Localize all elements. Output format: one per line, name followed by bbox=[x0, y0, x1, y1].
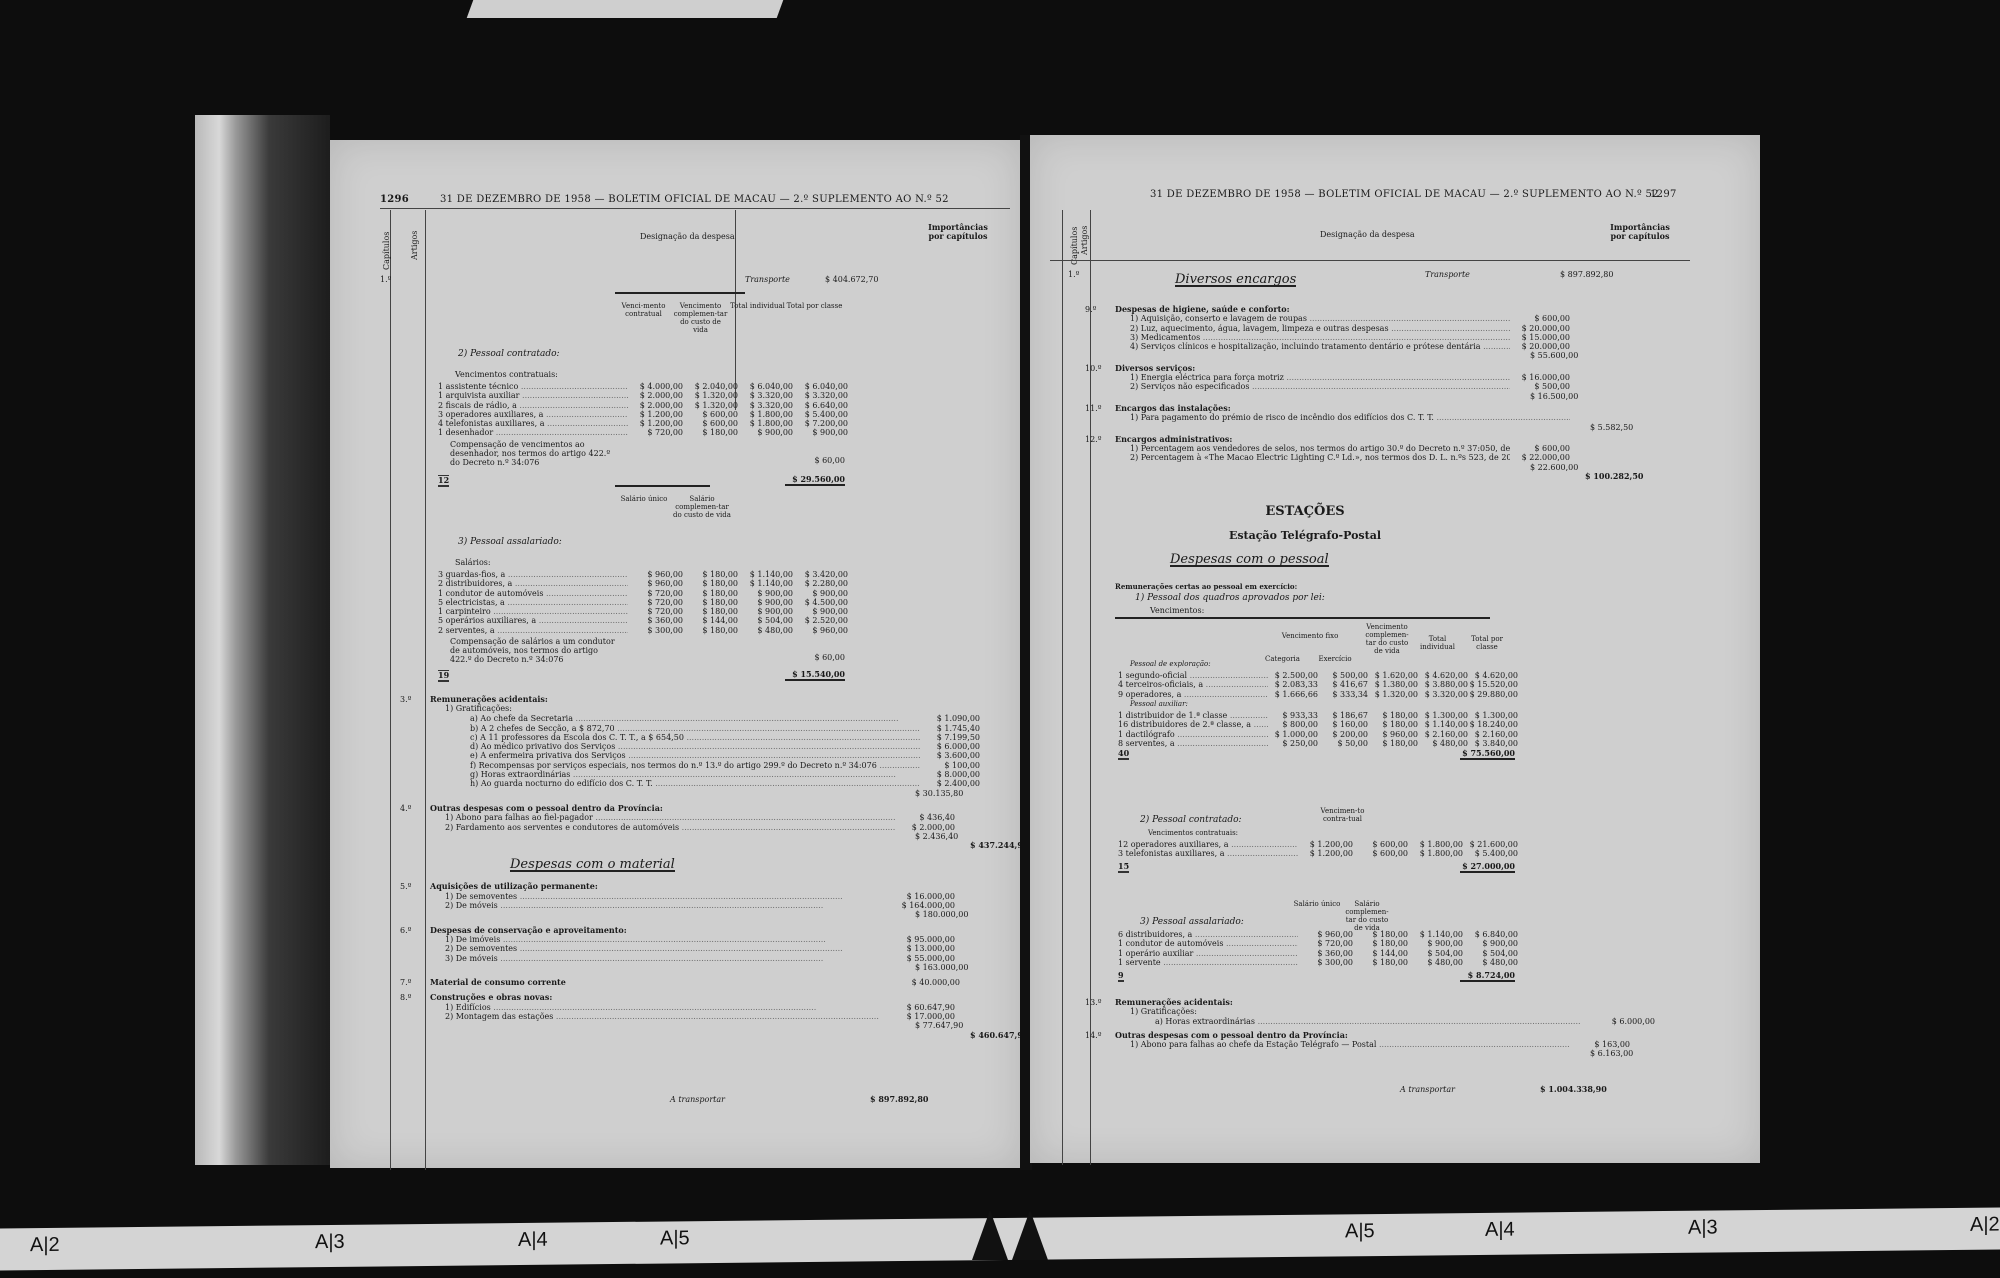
article-heading: 6.ºDespesas de conservação e aproveitame… bbox=[400, 926, 1000, 935]
item-value: $ 55.000,00 bbox=[895, 954, 955, 963]
col-importancias: Importâncias por capítulos bbox=[928, 223, 988, 241]
row-value: $ 1.800,00 bbox=[1408, 840, 1463, 849]
row-value: $ 900,00 bbox=[738, 598, 793, 607]
frame-mark: A|2 bbox=[30, 1234, 60, 1257]
left-page: 1296 31 DE DEZEMBRO DE 1958 — BOLETIM OF… bbox=[330, 140, 1020, 1168]
article-total: $ 16.500,00 bbox=[1530, 392, 1578, 401]
article-title: Outras despesas com o pessoal dentro da … bbox=[430, 804, 663, 813]
line-item: f) Recompensas por serviços especiais, n… bbox=[400, 761, 980, 770]
row-value: $ 900,00 bbox=[738, 607, 793, 616]
contratado-table: 12 operadores auxiliares, a$ 1.200,00$ 6… bbox=[1118, 840, 1518, 859]
row-label: 4 terceiros-oficiais, a bbox=[1118, 680, 1268, 689]
row-value: $ 1.300,00 bbox=[1418, 711, 1468, 720]
item-label: 2) Montagem das estações bbox=[445, 1012, 895, 1021]
capitulo-number: 1.º bbox=[380, 275, 391, 284]
exploracao-table: 1 segundo-oficial$ 2.500,00$ 500,00$ 1.6… bbox=[1118, 671, 1518, 699]
line-item: d) Ao médico privativo dos Serviços$ 6.0… bbox=[400, 742, 980, 751]
line-item: 2) Montagem das estações$ 17.000,00 bbox=[400, 1012, 955, 1021]
article-title: Diversos serviços: bbox=[1115, 364, 1195, 373]
table-row: 3 telefonistas auxiliares, a$ 1.200,00$ … bbox=[1118, 849, 1518, 858]
article: 4.ºOutras despesas com o pessoal dentro … bbox=[400, 804, 1000, 850]
row-value: $ 900,00 bbox=[1408, 939, 1463, 948]
row-value: $ 1.140,00 bbox=[738, 579, 793, 588]
line-item: 1) Energia eléctrica para força motriz$ … bbox=[1085, 373, 1570, 382]
table-row: 3 guardas-fios, a$ 960,00$ 180,00$ 1.140… bbox=[438, 570, 848, 579]
article: 10.ºDiversos serviços:1) Energia eléctri… bbox=[1085, 364, 1645, 401]
item-label: 3) De móveis bbox=[445, 954, 895, 963]
row-label: 1 carpinteiro bbox=[438, 607, 628, 616]
row-value: $ 29.880,00 bbox=[1468, 690, 1518, 699]
article-total-row: $ 6.163,00 bbox=[1085, 1049, 1685, 1058]
article-total-row: $ 180.000,00 bbox=[400, 910, 1000, 919]
assalariado-table: 3 guardas-fios, a$ 960,00$ 180,00$ 1.140… bbox=[438, 570, 848, 635]
table-row: 1 segundo-oficial$ 2.500,00$ 500,00$ 1.6… bbox=[1118, 671, 1518, 680]
article-heading: 13.ºRemunerações acidentais: bbox=[1085, 998, 1685, 1007]
article-total-row: $ 22.600,00 bbox=[1085, 463, 1645, 472]
row-label: 1 condutor de automóveis bbox=[1118, 939, 1298, 948]
item-value: $ 2.400,00 bbox=[920, 779, 980, 788]
article-number: 6.º bbox=[400, 926, 430, 935]
splice-marker bbox=[1012, 1210, 1048, 1260]
row-value: $ 2.160,00 bbox=[1468, 730, 1518, 739]
row-value: $ 504,00 bbox=[1463, 949, 1518, 958]
row-value: $ 1.300,00 bbox=[1468, 711, 1518, 720]
row-value: $ 1.140,00 bbox=[1408, 930, 1463, 939]
row-value: $ 1.320,00 bbox=[683, 401, 738, 410]
item-label: a) Horas extraordinárias bbox=[1155, 1017, 1595, 1026]
article-total: $ 77.647,90 bbox=[915, 1021, 963, 1030]
row-value: $ 180,00 bbox=[1353, 939, 1408, 948]
frame-mark: A|5 bbox=[660, 1227, 690, 1250]
row-value: $ 416,67 bbox=[1318, 680, 1368, 689]
item-label: 1) Percentagem aos vendedores de selos, … bbox=[1130, 444, 1510, 453]
col-capitulos: Capítulos bbox=[382, 232, 391, 270]
article-number: 9.º bbox=[1085, 305, 1115, 314]
row-value: $ 360,00 bbox=[1298, 949, 1353, 958]
article-total: $ 30.135,80 bbox=[915, 789, 963, 798]
line-item: a) Horas extraordinárias$ 6.000,00 bbox=[1085, 1017, 1655, 1026]
frame-mark: A|4 bbox=[1485, 1219, 1515, 1242]
table-row: 5 operários auxiliares, a$ 360,00$ 144,0… bbox=[438, 616, 848, 625]
row-value: $ 933,33 bbox=[1268, 711, 1318, 720]
table-row: 9 operadores, a$ 1.666,66$ 333,34$ 1.320… bbox=[1118, 690, 1518, 699]
row-value: $ 800,00 bbox=[1268, 720, 1318, 729]
article: 8.ºConstruções e obras novas:1) Edifício… bbox=[400, 993, 1000, 1039]
row-label: 9 operadores, a bbox=[1118, 690, 1268, 699]
line-item: h) Ao guarda nocturno do edifício dos C.… bbox=[400, 779, 980, 788]
item-value: $ 60.647,90 bbox=[895, 1003, 955, 1012]
col-vencimento-fixo: Vencimento fixo bbox=[1260, 632, 1360, 640]
article-total: $ 55.600,00 bbox=[1530, 351, 1578, 360]
row-value: $ 504,00 bbox=[1408, 949, 1463, 958]
row-value: $ 18.240,00 bbox=[1468, 720, 1518, 729]
row-value: $ 720,00 bbox=[628, 589, 683, 598]
line-item: 2) De semoventes$ 13.000,00 bbox=[400, 944, 955, 953]
table-row: 8 serventes, a$ 250,00$ 50,00$ 180,00$ 4… bbox=[1118, 739, 1518, 748]
line-item: c) A 11 professores da Escola dos C. T. … bbox=[400, 733, 980, 742]
column-header: Salário complemen-tar do custo de vida bbox=[673, 495, 731, 519]
line-item: 2) Fardamento aos serventes e condutores… bbox=[400, 823, 955, 832]
item-value bbox=[1570, 413, 1630, 422]
item-value: $ 163,00 bbox=[1570, 1040, 1630, 1049]
contratado-subtitle: Vencimentos contratuais: bbox=[1148, 829, 1238, 837]
row-value: $ 160,00 bbox=[1318, 720, 1368, 729]
line-item: 1) Edifícios$ 60.647,90 bbox=[400, 1003, 955, 1012]
row-value: $ 1.666,66 bbox=[1268, 690, 1318, 699]
item-value: $ 13.000,00 bbox=[895, 944, 955, 953]
compensacao-value: $ 60,00 bbox=[790, 456, 845, 465]
row-value: $ 480,00 bbox=[1463, 958, 1518, 967]
row-value: $ 5.400,00 bbox=[1463, 849, 1518, 858]
row-value: $ 900,00 bbox=[738, 428, 793, 437]
row-value: $ 960,00 bbox=[1298, 930, 1353, 939]
item-value: $ 16.000,00 bbox=[1510, 373, 1570, 382]
col-importancias: Importâncias por capítulos bbox=[1610, 223, 1670, 241]
row-value: $ 144,00 bbox=[1353, 949, 1408, 958]
row-value: $ 180,00 bbox=[683, 607, 738, 616]
row-value: $ 1.620,00 bbox=[1368, 671, 1418, 680]
article-title: Despesas de higiene, saúde e conforto: bbox=[1115, 305, 1290, 314]
row-value: $ 600,00 bbox=[683, 410, 738, 419]
article-total: $ 22.600,00 bbox=[1530, 463, 1578, 472]
row-value: $ 1.200,00 bbox=[1298, 849, 1353, 858]
article-number: 10.º bbox=[1085, 364, 1115, 373]
assalariado-comp-value: $ 60,00 bbox=[790, 653, 845, 662]
article-title: Material de consumo corrente bbox=[430, 978, 566, 987]
column-header: Salário complemen-tar do custo de vida bbox=[1342, 900, 1392, 932]
frame-mark: A|5 bbox=[1345, 1220, 1375, 1243]
assalariado-count: 19 bbox=[438, 670, 449, 682]
item-label: 3) Medicamentos bbox=[1130, 333, 1510, 342]
article-total-row: $ 163.000,00 bbox=[400, 963, 1000, 972]
item-label: b) A 2 chefes de Secção, a $ 872,70 bbox=[470, 724, 920, 733]
item-label: 1) De imóveis bbox=[445, 935, 895, 944]
row-value: $ 4.620,00 bbox=[1418, 671, 1468, 680]
row-label: 12 operadores auxiliares, a bbox=[1118, 840, 1298, 849]
article-title: Despesas de conservação e aproveitamento… bbox=[430, 926, 627, 935]
assalariado-title: 3) Pessoal assalariado: bbox=[1140, 918, 1244, 927]
article-total: $ 163.000,00 bbox=[915, 963, 968, 972]
row-value: $ 2.083,33 bbox=[1268, 680, 1318, 689]
table-row: 1 arquivista auxiliar$ 2.000,00$ 1.320,0… bbox=[438, 391, 848, 400]
contratado-total: $ 29.560,00 bbox=[785, 475, 845, 486]
row-value: $ 15.520,00 bbox=[1468, 680, 1518, 689]
row-value: $ 720,00 bbox=[628, 598, 683, 607]
row-value: $ 1.800,00 bbox=[738, 410, 793, 419]
item-value: $ 600,00 bbox=[1510, 444, 1570, 453]
row-value: $ 1.200,00 bbox=[628, 419, 683, 428]
row-value: $ 300,00 bbox=[1298, 958, 1353, 967]
item-value: $ 2.000,00 bbox=[895, 823, 955, 832]
chapter-total-row: $ 100.282,50 bbox=[1085, 472, 1645, 481]
diversos-heading: Diversos encargos bbox=[1175, 275, 1296, 287]
row-value: $ 960,00 bbox=[1368, 730, 1418, 739]
item-value: $ 600,00 bbox=[1510, 314, 1570, 323]
item-label: 2) Fardamento aos serventes e condutores… bbox=[445, 823, 895, 832]
article-total-row: $ 30.135,80 bbox=[400, 789, 1000, 798]
row-value: $ 2.160,00 bbox=[1418, 730, 1468, 739]
assalariado-col-headers: Salário únicoSalário complemen-tar do cu… bbox=[1292, 900, 1392, 932]
frame-mark: A|2 bbox=[1970, 1214, 2000, 1237]
item-value: $ 1.090,00 bbox=[920, 714, 980, 723]
row-value: $ 3.880,00 bbox=[1418, 680, 1468, 689]
auxiliar-label: Pessoal auxiliar: bbox=[1130, 700, 1188, 708]
quadros-title: 1) Pessoal dos quadros aprovados por lei… bbox=[1135, 594, 1325, 603]
article-total-row: $ 5.582,50 bbox=[1085, 423, 1645, 432]
item-label: 1) Energia eléctrica para força motriz bbox=[1130, 373, 1510, 382]
table-row: 1 desenhador$ 720,00$ 180,00$ 900,00$ 90… bbox=[438, 428, 848, 437]
table-row: 2 distribuidores, a$ 960,00$ 180,00$ 1.1… bbox=[438, 579, 848, 588]
article: 12.ºEncargos administrativos:1) Percenta… bbox=[1085, 435, 1645, 481]
article: 9.ºDespesas de higiene, saúde e conforto… bbox=[1085, 305, 1645, 361]
row-value: $ 7.200,00 bbox=[793, 419, 848, 428]
chapter-total-row: $ 460.647,90 bbox=[400, 1031, 1000, 1040]
row-value: $ 3.420,00 bbox=[793, 570, 848, 579]
row-value: $ 1.800,00 bbox=[738, 419, 793, 428]
row-value: $ 1.140,00 bbox=[1418, 720, 1468, 729]
article-heading: 10.ºDiversos serviços: bbox=[1085, 364, 1645, 373]
item-label: 2) De semoventes bbox=[445, 944, 895, 953]
contratado-count: 12 bbox=[438, 475, 449, 487]
article-number: 7.º bbox=[400, 978, 430, 987]
item-label: 1) Para pagamento do prémio de risco de … bbox=[1130, 413, 1570, 422]
table-row: 1 dactilógrafo$ 1.000,00$ 200,00$ 960,00… bbox=[1118, 730, 1518, 739]
column-header: Total individual bbox=[729, 302, 786, 334]
article-total: $ 180.000,00 bbox=[915, 910, 968, 919]
row-label: 1 arquivista auxiliar bbox=[438, 391, 628, 400]
row-value: $ 600,00 bbox=[1353, 840, 1408, 849]
row-label: 3 operadores auxiliares, a bbox=[438, 410, 628, 419]
row-value: $ 180,00 bbox=[1368, 720, 1418, 729]
item-value: $ 1.745,40 bbox=[920, 724, 980, 733]
assalariado-subtitle: Salários: bbox=[455, 558, 491, 567]
item-value: $ 15.000,00 bbox=[1510, 333, 1570, 342]
col-designacao: Designação da despesa bbox=[640, 232, 735, 241]
article-subtitle: 1) Gratificações: bbox=[1085, 1007, 1685, 1017]
row-value: $ 600,00 bbox=[1353, 849, 1408, 858]
row-label: 6 distribuidores, a bbox=[1118, 930, 1298, 939]
table-row: 1 distribuidor de 1.ª classe$ 933,33$ 18… bbox=[1118, 711, 1518, 720]
article-number: 4.º bbox=[400, 804, 430, 813]
article-number: 13.º bbox=[1085, 998, 1115, 1007]
item-value: $ 22.000,00 bbox=[1510, 453, 1570, 462]
a-transportar-label: A transportar bbox=[670, 1095, 725, 1104]
left-articles: 3.ºRemunerações acidentais:1) Gratificaç… bbox=[400, 695, 1000, 1046]
transporte-value: $ 404.672,70 bbox=[825, 275, 878, 284]
row-value: $ 3.320,00 bbox=[738, 401, 793, 410]
chapter-total: $ 100.282,50 bbox=[1585, 472, 1643, 481]
item-label: 1) De semoventes bbox=[445, 892, 895, 901]
contratado-title: 2) Pessoal contratado: bbox=[1140, 816, 1242, 825]
article-heading: 12.ºEncargos administrativos: bbox=[1085, 435, 1645, 444]
column-header: Vencimento complemen-tar do custo de vid… bbox=[672, 302, 729, 334]
article-total: $ 40.000,00 bbox=[890, 978, 960, 987]
row-value: $ 2.000,00 bbox=[628, 391, 683, 400]
contratado-col-headers: Venci-mento contratualVencimento complem… bbox=[615, 302, 845, 334]
row-label: 2 distribuidores, a bbox=[438, 579, 628, 588]
item-label: 1) Abono para falhas ao fiel-pagador bbox=[445, 813, 895, 822]
article-total: $ 6.163,00 bbox=[1590, 1049, 1633, 1058]
column-header: Salário único bbox=[615, 495, 673, 519]
row-value: $ 1.200,00 bbox=[628, 410, 683, 419]
line-item: 2) De móveis$ 164.000,00 bbox=[400, 901, 955, 910]
row-value: $ 900,00 bbox=[793, 428, 848, 437]
row-label: 1 condutor de automóveis bbox=[438, 589, 628, 598]
row-value: $ 180,00 bbox=[683, 579, 738, 588]
row-value: $ 1.320,00 bbox=[1368, 690, 1418, 699]
frame-mark: A|3 bbox=[1688, 1216, 1718, 1239]
line-item: g) Horas extraordinárias$ 8.000,00 bbox=[400, 770, 980, 779]
quadros-total: $ 75.560,00 bbox=[1460, 749, 1515, 760]
contratado-compensacao: Compensação de vencimentos ao desenhador… bbox=[450, 440, 620, 467]
table-row: 1 assistente técnico$ 4.000,00$ 2.040,00… bbox=[438, 382, 848, 391]
row-value: $ 333,34 bbox=[1318, 690, 1368, 699]
row-value: $ 480,00 bbox=[1418, 739, 1468, 748]
item-label: 2) Percentagem à «The Macao Electric Lig… bbox=[1130, 453, 1510, 462]
col-total-individual: Total individual bbox=[1415, 635, 1460, 651]
article-total-row: $ 55.600,00 bbox=[1085, 351, 1645, 360]
article-title: Construções e obras novas: bbox=[430, 993, 552, 1002]
estacao-tp-heading: Estação Telégrafo-Postal bbox=[1180, 531, 1430, 540]
line-item: 1) Aquisição, conserto e lavagem de roup… bbox=[1085, 314, 1570, 323]
row-value: $ 3.320,00 bbox=[1418, 690, 1468, 699]
line-item: 2) Luz, aquecimento, água, lavagem, limp… bbox=[1085, 324, 1570, 333]
transporte-label: Transporte bbox=[745, 275, 790, 284]
item-label: c) A 11 professores da Escola dos C. T. … bbox=[470, 733, 920, 742]
row-value: $ 6.040,00 bbox=[738, 382, 793, 391]
line-item: 2) Percentagem à «The Macao Electric Lig… bbox=[1085, 453, 1570, 462]
a-transportar-value: $ 1.004.338,90 bbox=[1540, 1085, 1607, 1094]
article-number: 14.º bbox=[1085, 1031, 1115, 1040]
row-value: $ 2.000,00 bbox=[628, 401, 683, 410]
vencimentos-label: Vencimentos: bbox=[1150, 606, 1204, 615]
row-value: $ 4.500,00 bbox=[793, 598, 848, 607]
a-transportar-value: $ 897.892,80 bbox=[870, 1095, 928, 1104]
line-item: 1) Percentagem aos vendedores de selos, … bbox=[1085, 444, 1570, 453]
assalariado-total: $ 8.724,00 bbox=[1460, 971, 1515, 982]
item-value: $ 17.000,00 bbox=[895, 1012, 955, 1021]
table-row: 5 electricistas, a$ 720,00$ 180,00$ 900,… bbox=[438, 598, 848, 607]
item-value: $ 3.600,00 bbox=[920, 751, 980, 760]
item-value: $ 8.000,00 bbox=[920, 770, 980, 779]
row-value: $ 960,00 bbox=[628, 579, 683, 588]
item-value: $ 7.199,50 bbox=[920, 733, 980, 742]
item-label: 1) Edifícios bbox=[445, 1003, 895, 1012]
row-value: $ 900,00 bbox=[793, 607, 848, 616]
row-label: 1 distribuidor de 1.ª classe bbox=[1118, 711, 1268, 720]
row-label: 2 fiscais de rádio, a bbox=[438, 401, 628, 410]
row-value: $ 4.000,00 bbox=[628, 382, 683, 391]
table-row: 6 distribuidores, a$ 960,00$ 180,00$ 1.1… bbox=[1118, 930, 1518, 939]
item-label: 1) Abono para falhas ao chefe da Estação… bbox=[1130, 1040, 1570, 1049]
item-label: a) Ao chefe da Secretaria bbox=[470, 714, 920, 723]
row-label: 3 telefonistas auxiliares, a bbox=[1118, 849, 1298, 858]
assalariado-total: $ 15.540,00 bbox=[785, 670, 845, 681]
row-value: $ 600,00 bbox=[683, 419, 738, 428]
article: 14.ºOutras despesas com o pessoal dentro… bbox=[1085, 1031, 1685, 1059]
row-label: 4 telefonistas auxiliares, a bbox=[438, 419, 628, 428]
quadros-count: 40 bbox=[1118, 749, 1129, 760]
chapter-total-row: $ 437.244,90 bbox=[400, 841, 1000, 850]
item-value: $ 164.000,00 bbox=[895, 901, 955, 910]
row-value: $ 50,00 bbox=[1318, 739, 1368, 748]
column-header: Venci-mento contratual bbox=[615, 302, 672, 334]
item-value: $ 6.000,00 bbox=[1595, 1017, 1655, 1026]
row-value: $ 180,00 bbox=[683, 428, 738, 437]
item-label: e) À enfermeira privativa dos Serviços bbox=[470, 751, 920, 760]
assalariado-table: 6 distribuidores, a$ 960,00$ 180,00$ 1.1… bbox=[1118, 930, 1518, 967]
row-label: 16 distribuidores de 2.ª classe, a bbox=[1118, 720, 1268, 729]
row-value: $ 1.800,00 bbox=[1408, 849, 1463, 858]
row-value: $ 4.620,00 bbox=[1468, 671, 1518, 680]
row-value: $ 2.040,00 bbox=[683, 382, 738, 391]
row-value: $ 180,00 bbox=[1368, 739, 1418, 748]
row-value: $ 180,00 bbox=[683, 570, 738, 579]
line-item: 3) Medicamentos$ 15.000,00 bbox=[1085, 333, 1570, 342]
right-articles-bottom: 13.ºRemunerações acidentais:1) Gratifica… bbox=[1085, 998, 1685, 1062]
row-value: $ 900,00 bbox=[793, 589, 848, 598]
line-item: e) À enfermeira privativa dos Serviços$ … bbox=[400, 751, 980, 760]
col-exercicio: Exercício bbox=[1310, 655, 1360, 663]
table-row: 4 telefonistas auxiliares, a$ 1.200,00$ … bbox=[438, 419, 848, 428]
article-total: $ 2.436,40 bbox=[915, 832, 958, 841]
assalariado-compensacao: Compensação de salários a um condutor de… bbox=[450, 637, 620, 664]
row-value: $ 6.640,00 bbox=[793, 401, 848, 410]
item-value: $ 16.000,00 bbox=[895, 892, 955, 901]
row-label: 1 operário auxiliar bbox=[1118, 949, 1298, 958]
line-item: 1) Para pagamento do prémio de risco de … bbox=[1085, 413, 1630, 422]
running-header: 31 DE DEZEMBRO DE 1958 — BOLETIM OFICIAL… bbox=[1150, 190, 1659, 199]
article-total: $ 5.582,50 bbox=[1590, 423, 1633, 432]
article-title: Aquisições de utilização permanente: bbox=[430, 882, 598, 891]
estacoes-heading: ESTAÇÕES bbox=[1180, 507, 1430, 516]
table-row: 1 servente$ 300,00$ 180,00$ 480,00$ 480,… bbox=[1118, 958, 1518, 967]
row-label: 2 serventes, a bbox=[438, 626, 628, 635]
table-row: 4 terceiros-oficiais, a$ 2.083,33$ 416,6… bbox=[1118, 680, 1518, 689]
article-heading: 9.ºDespesas de higiene, saúde e conforto… bbox=[1085, 305, 1645, 314]
row-value: $ 504,00 bbox=[738, 616, 793, 625]
line-item: 2) Serviços não especificados$ 500,00 bbox=[1085, 382, 1570, 391]
article: 6.ºDespesas de conservação e aproveitame… bbox=[400, 926, 1000, 972]
row-value: $ 300,00 bbox=[628, 626, 683, 635]
contratado-count: 15 bbox=[1118, 862, 1129, 873]
line-item: 4) Serviços clínicos e hospitalização, i… bbox=[1085, 342, 1570, 351]
row-value: $ 180,00 bbox=[1368, 711, 1418, 720]
article-title: Encargos das instalações: bbox=[1115, 404, 1231, 413]
article-heading: 7.ºMaterial de consumo corrente$ 40.000,… bbox=[400, 978, 1000, 987]
item-value: $ 20.000,00 bbox=[1510, 324, 1570, 333]
row-value: $ 480,00 bbox=[738, 626, 793, 635]
item-value: $ 500,00 bbox=[1510, 382, 1570, 391]
right-page: 31 DE DEZEMBRO DE 1958 — BOLETIM OFICIAL… bbox=[1030, 135, 1760, 1163]
row-label: 1 servente bbox=[1118, 958, 1298, 967]
row-value: $ 180,00 bbox=[1353, 930, 1408, 939]
item-label: f) Recompensas por serviços especiais, n… bbox=[470, 761, 920, 770]
row-value: $ 720,00 bbox=[1298, 939, 1353, 948]
contratado-title: 2) Pessoal contratado: bbox=[458, 350, 560, 359]
table-row: 1 carpinteiro$ 720,00$ 180,00$ 900,00$ 9… bbox=[438, 607, 848, 616]
page-number: 1297 bbox=[1650, 190, 1677, 199]
article: 13.ºRemunerações acidentais:1) Gratifica… bbox=[1085, 998, 1685, 1027]
transporte-value: $ 897.892,80 bbox=[1560, 270, 1613, 279]
assalariado-col-headers: Salário únicoSalário complemen-tar do cu… bbox=[615, 495, 735, 519]
row-value: $ 6.040,00 bbox=[793, 382, 848, 391]
col-artigos: Artigos bbox=[1080, 226, 1089, 255]
row-value: $ 144,00 bbox=[683, 616, 738, 625]
contratado-total: $ 27.000,00 bbox=[1460, 862, 1515, 873]
row-value: $ 960,00 bbox=[793, 626, 848, 635]
contratado-table: 1 assistente técnico$ 4.000,00$ 2.040,00… bbox=[438, 382, 848, 438]
